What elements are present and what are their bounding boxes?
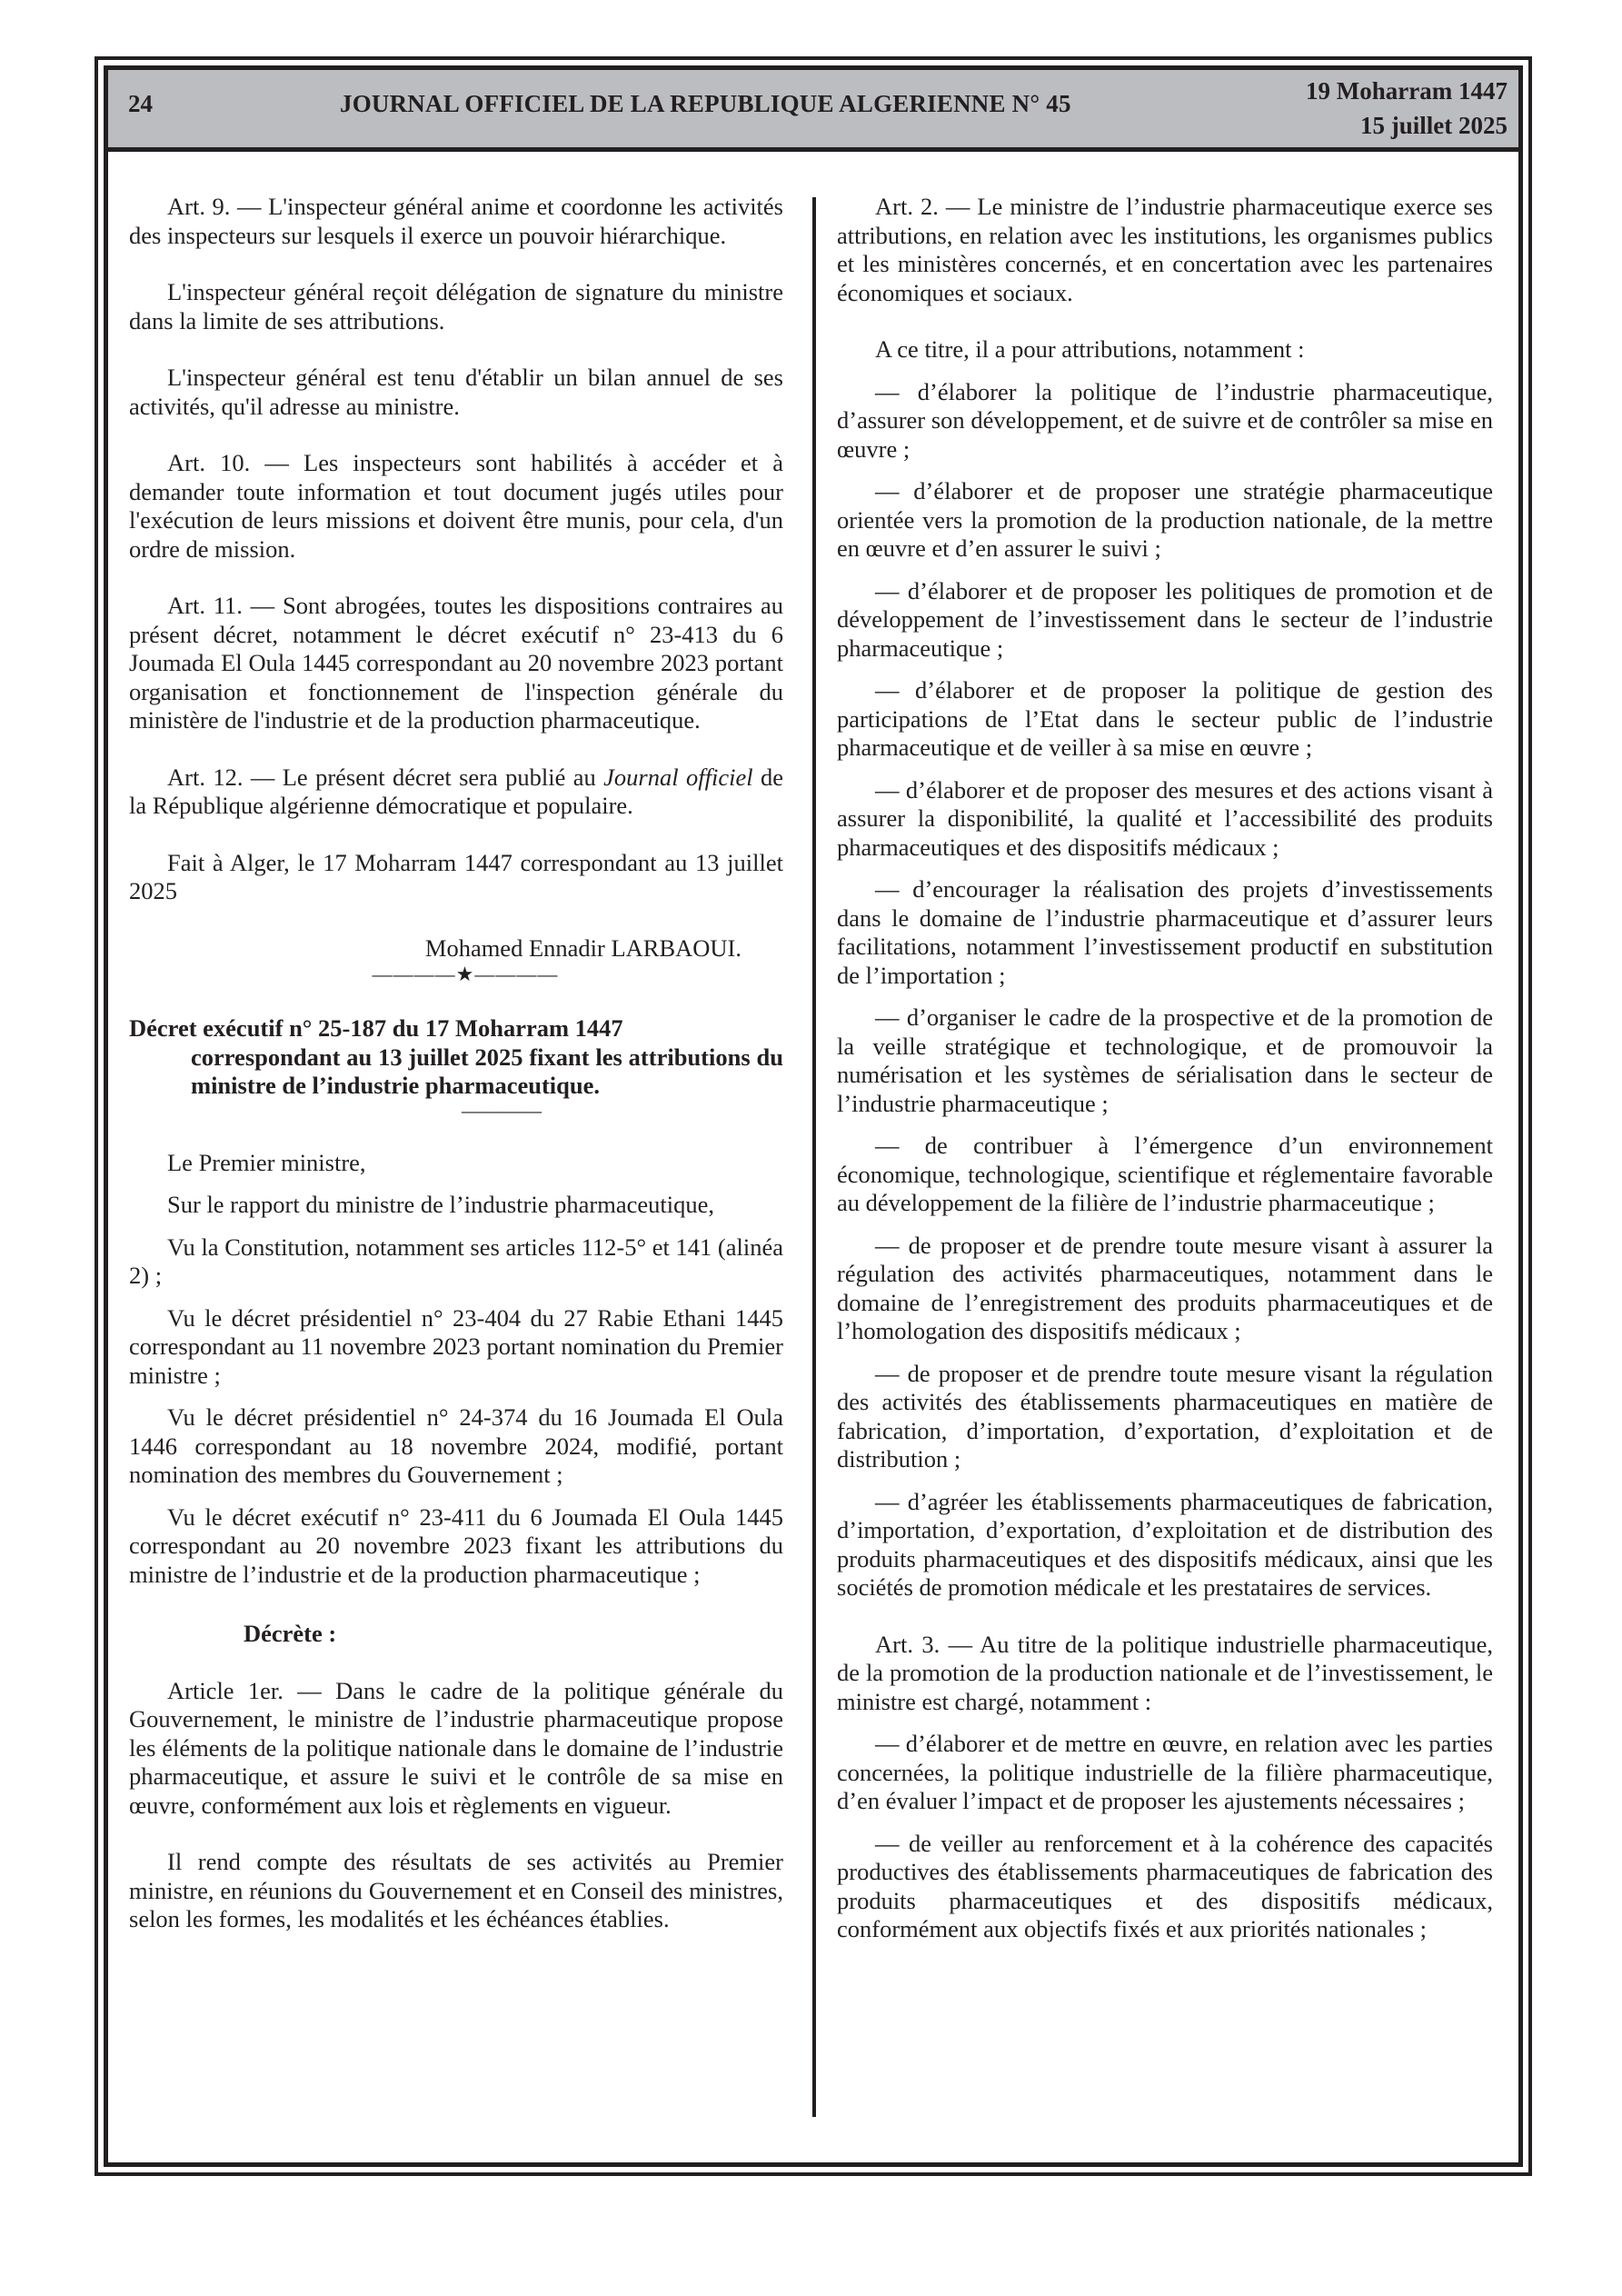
short-separator: ———— (129, 1101, 783, 1121)
article-1: Article 1er. — Dans le cadre de la polit… (129, 1677, 783, 1821)
article-10: Art. 10. — Les inspecteurs sont habilité… (129, 449, 783, 564)
article-2-item: — de contribuer à l’émergence d’un envir… (837, 1132, 1493, 1218)
article-2-item: — d’élaborer la politique de l’industrie… (837, 378, 1493, 464)
right-column: Art. 2. — Le ministre de l’industrie pha… (837, 193, 1493, 1944)
vu-decret-24-374: Vu le décret présidentiel n° 24-374 du 1… (129, 1403, 783, 1490)
article-2-item: — d’agréer les établissements pharmaceut… (837, 1488, 1493, 1602)
article-9-paragraph-2: L'inspecteur général reçoit délégation d… (129, 278, 783, 335)
page-number: 24 (128, 90, 153, 118)
article-3-item: — de veiller au renforcement et à la coh… (837, 1830, 1493, 1944)
signature: Mohamed Ennadir LARBAOUI. (129, 934, 783, 963)
vu-decret-23-411: Vu le décret exécutif n° 23-411 du 6 Jou… (129, 1503, 783, 1590)
decree-title: Décret exécutif n° 25-187 du 17 Moharram… (129, 1014, 783, 1101)
article-2-item: — de proposer et de prendre toute mesure… (837, 1360, 1493, 1474)
premier-ministre: Le Premier ministre, (129, 1149, 783, 1178)
column-divider (812, 197, 816, 2117)
article-2-item: — d’élaborer et de proposer des mesures … (837, 776, 1493, 863)
date-hijri: 19 Moharram 1447 (1306, 74, 1508, 108)
article-2: Art. 2. — Le ministre de l’industrie pha… (837, 193, 1493, 307)
decree-title-line-1: Décret exécutif n° 25-187 du 17 Moharram… (129, 1014, 783, 1043)
article-3-item: — d’élaborer et de mettre en œuvre, en r… (837, 1730, 1493, 1816)
article-11: Art. 11. — Sont abrogées, toutes les dis… (129, 592, 783, 735)
article-2-item: — d’encourager la réalisation des projet… (837, 875, 1493, 990)
article-3: Art. 3. — Au titre de la politique indus… (837, 1631, 1493, 1717)
done-at-line: Fait à Alger, le 17 Moharram 1447 corres… (129, 849, 783, 906)
issue-dates: 19 Moharram 1447 15 juillet 2025 (1306, 74, 1508, 143)
article-1-paragraph-2: Il rend compte des résultats de ses acti… (129, 1848, 783, 1934)
left-column: Art. 9. — L'inspecteur général anime et … (129, 193, 783, 1934)
journal-title: JOURNAL OFFICIEL DE LA REPUBLIQUE ALGERI… (340, 90, 1071, 118)
date-gregorian: 15 juillet 2025 (1306, 108, 1508, 143)
article-12-text-start: Art. 12. — Le présent décret sera publié… (167, 764, 603, 791)
journal-officiel-italic: Journal officiel (603, 764, 752, 791)
rapport: Sur le rapport du ministre de l’industri… (129, 1191, 783, 1220)
decrete-heading: Décrète : (129, 1620, 783, 1649)
article-2-intro: A ce titre, il a pour attributions, nota… (837, 335, 1493, 364)
article-2-item: — d’élaborer et de proposer les politiqu… (837, 577, 1493, 664)
article-9-paragraph-1: Art. 9. — L'inspecteur général anime et … (129, 193, 783, 250)
decree-title-rest: correspondant au 13 juillet 2025 fixant … (191, 1043, 783, 1100)
article-2-item: — de proposer et de prendre toute mesure… (837, 1232, 1493, 1346)
vu-constitution: Vu la Constitution, notamment ses articl… (129, 1233, 783, 1291)
article-12: Art. 12. — Le présent décret sera publié… (129, 764, 783, 821)
article-2-item: — d’élaborer et de proposer une stratégi… (837, 477, 1493, 564)
star-separator: ————★———— (129, 963, 783, 986)
journal-header: 24 JOURNAL OFFICIEL DE LA REPUBLIQUE ALG… (108, 70, 1518, 152)
article-2-item: — d’élaborer et de proposer la politique… (837, 676, 1493, 763)
vu-decret-23-404: Vu le décret présidentiel n° 23-404 du 2… (129, 1304, 783, 1391)
article-2-item: — d’organiser le cadre de la prospective… (837, 1003, 1493, 1118)
article-9-paragraph-3: L'inspecteur général est tenu d'établir … (129, 364, 783, 421)
